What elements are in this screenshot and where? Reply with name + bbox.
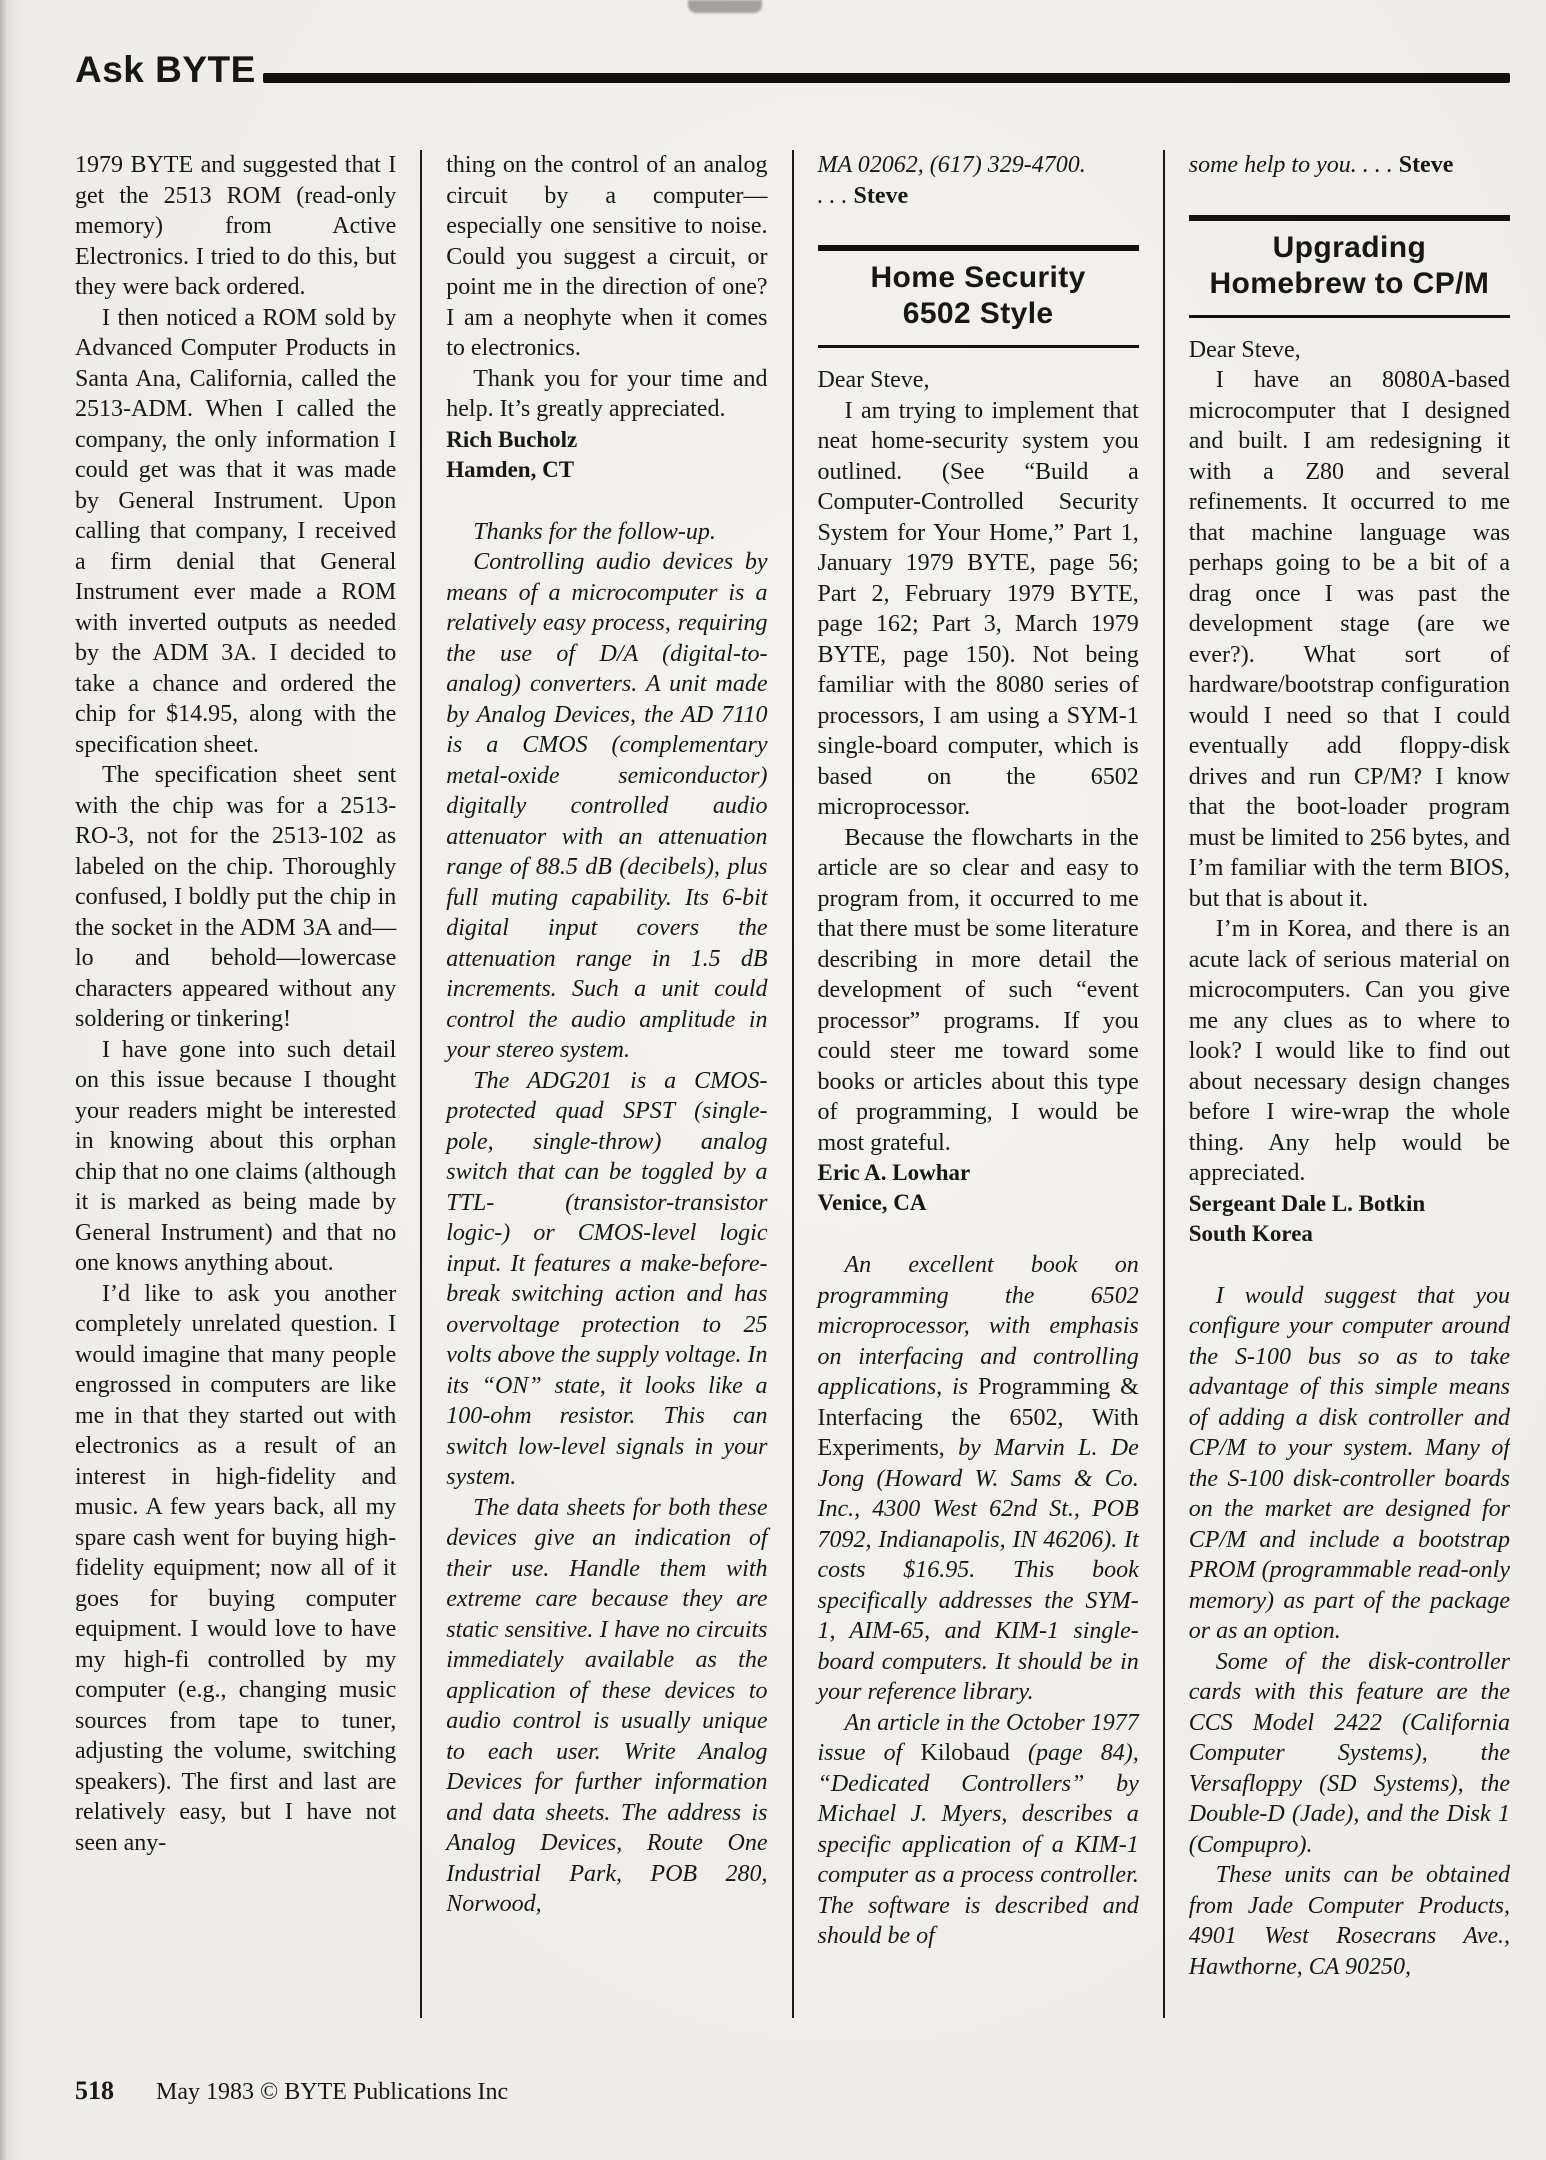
header-rule	[263, 73, 1510, 83]
heading-line: Upgrading	[1189, 230, 1510, 266]
gap	[446, 485, 767, 517]
text-run: MA 02062, (617) 329-4700.	[818, 152, 1086, 178]
reply-paragraph: The data sheets for both these devices g…	[446, 1493, 767, 1920]
text-run: Dear Steve,	[818, 367, 930, 393]
text-run: (page 84), “Dedicated Controllers” by Mi…	[818, 1740, 1139, 1949]
letter-paragraph: I am trying to implement that neat home-…	[818, 396, 1139, 823]
reply-paragraph: MA 02062, (617) 329-4700.	[818, 150, 1139, 181]
reply-paragraph: I would suggest that you configure your …	[1189, 1281, 1510, 1647]
letter-paragraph: thing on the control of an analog circui…	[446, 150, 767, 364]
gap	[1189, 1249, 1510, 1281]
magazine-page: Ask BYTE 1979 BYTE and suggested that I …	[0, 0, 1546, 2160]
text-run: some help to you. . . .	[1189, 152, 1399, 178]
text-run: I’m in Korea, and there is an acute lack…	[1189, 916, 1510, 1186]
text-run: The specification sheet sent with the ch…	[75, 762, 396, 1032]
reply-paragraph: Thanks for the follow-up.	[446, 517, 767, 548]
text-run: I have an 8080A-based microcomputer that…	[1189, 367, 1510, 912]
letter-salutation: Dear Steve,	[818, 365, 1139, 396]
reply-paragraph: An excellent book on programming the 650…	[818, 1250, 1139, 1708]
text-column-2: thing on the control of an analog circui…	[420, 150, 791, 2018]
text-run: I am trying to implement that neat home-…	[818, 398, 1139, 821]
text-column-4: some help to you. . . . SteveUpgradingHo…	[1163, 150, 1510, 2018]
text-run: Dear Steve,	[1189, 337, 1301, 363]
text-run: I would suggest that you configure your …	[1189, 1283, 1510, 1645]
text-run: I’d like to ask you another completely u…	[75, 1281, 396, 1856]
text-column-1: 1979 BYTE and suggested that I get the 2…	[75, 150, 420, 2018]
text-run: Kilobaud	[920, 1740, 1009, 1766]
letter-paragraph: Because the flowcharts in the article ar…	[818, 823, 1139, 1159]
heading-line: 6502 Style	[818, 296, 1139, 332]
page-title: Ask BYTE	[75, 50, 256, 90]
reply-paragraph: Some of the disk-controller cards with t…	[1189, 1647, 1510, 1861]
letter-paragraph: I’m in Korea, and there is an acute lack…	[1189, 914, 1510, 1189]
text-run: Controlling audio devices by means of a …	[446, 549, 767, 1063]
text-run: . . .	[818, 183, 854, 209]
letter-paragraph: Thank you for your time and help. It’s g…	[446, 364, 767, 425]
text-run: Steve	[1399, 152, 1454, 178]
text-run: Thanks for the follow-up.	[473, 519, 716, 545]
letter-paragraph: The specification sheet sent with the ch…	[75, 760, 396, 1035]
text-run: 1979 BYTE and suggested that I get the 2…	[75, 152, 396, 300]
column-header: Ask BYTE	[75, 46, 1510, 90]
letter-paragraph: I then noticed a ROM sold by Advanced Co…	[75, 303, 396, 761]
text-run: The data sheets for both these devices g…	[446, 1495, 767, 1918]
letter-salutation: Dear Steve,	[1189, 335, 1510, 366]
reply-paragraph: Controlling audio devices by means of a …	[446, 547, 767, 1066]
signature: Rich BucholzHamden, CT	[446, 425, 767, 485]
signature-line: South Korea	[1189, 1219, 1510, 1249]
reply-signoff: . . . Steve	[818, 181, 1139, 212]
signature: Sergeant Dale L. BotkinSouth Korea	[1189, 1189, 1510, 1249]
signature-line: Venice, CA	[818, 1188, 1139, 1218]
reply-paragraph: An article in the October 1977 issue of …	[818, 1708, 1139, 1952]
letter-paragraph: 1979 BYTE and suggested that I get the 2…	[75, 150, 396, 303]
reply-paragraph: These units can be obtained from Jade Co…	[1189, 1860, 1510, 1982]
section-heading-home-security: Home Security6502 Style	[818, 245, 1139, 348]
heading-line: Home Security	[818, 260, 1139, 296]
article-columns: 1979 BYTE and suggested that I get the 2…	[75, 150, 1510, 2018]
text-run: by Marvin L. De Jong (Howard W. Sams & C…	[818, 1435, 1139, 1705]
signature-line: Sergeant Dale L. Botkin	[1189, 1189, 1510, 1219]
text-run: Steve	[854, 183, 909, 209]
text-run: The ADG201 is a CMOS-protected quad SPST…	[446, 1068, 767, 1491]
text-run: Because the flowcharts in the article ar…	[818, 825, 1139, 1156]
text-run: I then noticed a ROM sold by Advanced Co…	[75, 305, 396, 758]
text-run: thing on the control of an analog circui…	[446, 152, 767, 361]
text-run: These units can be obtained from Jade Co…	[1189, 1862, 1510, 1980]
scan-artifact	[688, 0, 762, 13]
text-run: I have gone into such detail on this iss…	[75, 1037, 396, 1277]
page-footer: 518 May 1983 © BYTE Publications Inc	[75, 2076, 508, 2106]
reply-signoff: some help to you. . . . Steve	[1189, 150, 1510, 181]
letter-paragraph: I have an 8080A-based microcomputer that…	[1189, 365, 1510, 914]
signature-line: Hamden, CT	[446, 455, 767, 485]
signature: Eric A. LowharVenice, CA	[818, 1158, 1139, 1218]
letter-paragraph: I have gone into such detail on this iss…	[75, 1035, 396, 1279]
gap	[818, 1218, 1139, 1250]
section-heading-upgrading-homebrew: UpgradingHomebrew to CP/M	[1189, 215, 1510, 318]
signature-line: Rich Bucholz	[446, 425, 767, 455]
signature-line: Eric A. Lowhar	[818, 1158, 1139, 1188]
text-column-3: MA 02062, (617) 329-4700.. . . SteveHome…	[792, 150, 1163, 2018]
text-run: Thank you for your time and help. It’s g…	[446, 366, 767, 423]
copyright-credit: May 1983 © BYTE Publications Inc	[156, 2079, 508, 2106]
page-number: 518	[75, 2076, 114, 2106]
heading-line: Homebrew to CP/M	[1189, 266, 1510, 302]
text-run: Some of the disk-controller cards with t…	[1189, 1649, 1510, 1858]
letter-paragraph: I’d like to ask you another completely u…	[75, 1279, 396, 1859]
reply-paragraph: The ADG201 is a CMOS-protected quad SPST…	[446, 1066, 767, 1493]
